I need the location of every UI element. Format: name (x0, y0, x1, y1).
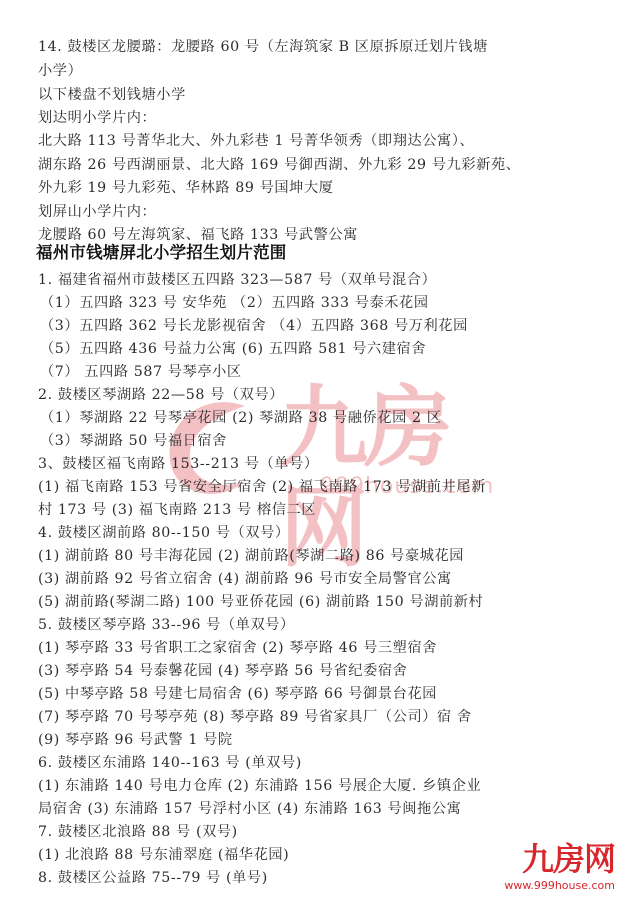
body-line: 村 173 号 (3) 福飞南路 213 号 榕信二区 (38, 500, 316, 520)
body-line: 7. 鼓楼区北浪路 88 号 (双号) (38, 822, 238, 842)
body-line: （7） 五四路 587 号琴亭小区 (40, 362, 242, 382)
body-line: (7) 琴亭路 70 号琴亭苑 (8) 琴亭路 89 号省家具厂（公司）宿 舍 (38, 707, 472, 727)
body-line: 6. 鼓楼区东浦路 140--163 号 (单双号) (38, 753, 302, 773)
body-line: 1. 福建省福州市鼓楼区五四路 323—587 号（双单号混合） (38, 270, 436, 290)
body-line: (9) 琴亭路 96 号武警 1 号院 (38, 730, 233, 750)
body-line: （1）琴湖路 22 号琴亭花园 (2) 琴湖路 38 号融侨花园 2 区 (40, 408, 442, 428)
body-line: 局宿舍 (3) 东浦路 157 号浮村小区 (4) 东浦路 163 号闽拖公寓 (38, 799, 461, 819)
body-line: (5) 中琴亭路 58 号建七局宿舍 (6) 琴亭路 66 号御景台花园 (38, 684, 437, 704)
body-line: (1) 湖前路 80 号丰海花园 (2) 湖前路(琴湖二路) 86 号豪城花园 (38, 546, 464, 566)
body-line: (5) 湖前路(琴湖二路) 100 号亚侨花园 (6) 湖前路 150 号湖前新… (38, 592, 483, 612)
intro-line: 湖东路 26 号西湖丽景、北大路 169 号御西湖、外九彩 29 号九彩新苑、 (38, 155, 521, 175)
body-line: (3) 琴亭路 54 号泰馨花园 (4) 琴亭路 56 号省纪委宿舍 (38, 661, 407, 681)
intro-line: 小学） (38, 61, 82, 81)
body-line: 2. 鼓楼区琴湖路 22—58 号（双号） (38, 385, 284, 405)
body-line: 4. 鼓楼区湖前路 80--150 号（双号） (38, 523, 290, 543)
corner-logo-url: www.999house.com (504, 879, 615, 892)
intro-line: 北大路 113 号菁华北大、外九彩巷 1 号菁华领秀（即翔达公寓）、 (38, 131, 474, 151)
body-line: 8. 鼓楼区公益路 75--79 号 (单号) (38, 868, 268, 888)
body-line: （5）五四路 436 号益力公寓 (6) 五四路 581 号六建宿舍 (40, 339, 426, 359)
intro-line: 外九彩 19 号九彩苑、华林路 89 号国坤大厦 (38, 178, 334, 198)
corner-logo: 九房网 www.999house.com (496, 841, 621, 893)
body-line: (3) 湖前路 92 号省立宿舍 (4) 湖前路 96 号市安全局警官公寓 (38, 569, 452, 589)
intro-line: 划屏山小学片内： (38, 202, 156, 222)
body-line: (1) 琴亭路 33 号省职工之家宿舍 (2) 琴亭路 46 号三塑宿舍 (38, 638, 437, 658)
corner-logo-brand: 九房网 (522, 841, 615, 877)
body-line: (1) 东浦路 140 号电力仓库 (2) 东浦路 156 号展企大厦. 乡镇企… (38, 776, 481, 796)
body-line: 3、鼓楼区福飞南路 153--213 号（单号） (38, 454, 319, 474)
body-line: 5. 鼓楼区琴亭路 33--96 号（单双号） (38, 615, 295, 635)
body-line: (1) 北浪路 88 号东浦翠庭 (福华花园) (38, 845, 289, 865)
intro-line: 以下楼盘不划钱塘小学 (38, 85, 186, 105)
section-heading: 福州市钱塘屏北小学招生划片范围 (36, 242, 287, 264)
body-line: （3）五四路 362 号长龙影视宿舍 （4）五四路 368 号万利花园 (40, 316, 468, 336)
body-line: （3）琴湖路 50 号福日宿舍 (40, 431, 227, 451)
body-line: （1）五四路 323 号 安华苑 （2）五四路 333 号泰禾花园 (40, 293, 429, 313)
body-line: (1) 福飞南路 153 号省安全厅宿舍 (2) 福飞南路 173 号湖前井尾新 (38, 477, 486, 497)
intro-line: 14. 鼓楼区龙腰璐：龙腰路 60 号（左海筑家 B 区原拆原迁划片钱塘 (38, 37, 488, 57)
intro-line: 划达明小学片内： (38, 108, 156, 128)
document-page: 九房网 999house.com 14. 鼓楼区龙腰璐：龙腰路 60 号（左海筑… (0, 0, 625, 901)
